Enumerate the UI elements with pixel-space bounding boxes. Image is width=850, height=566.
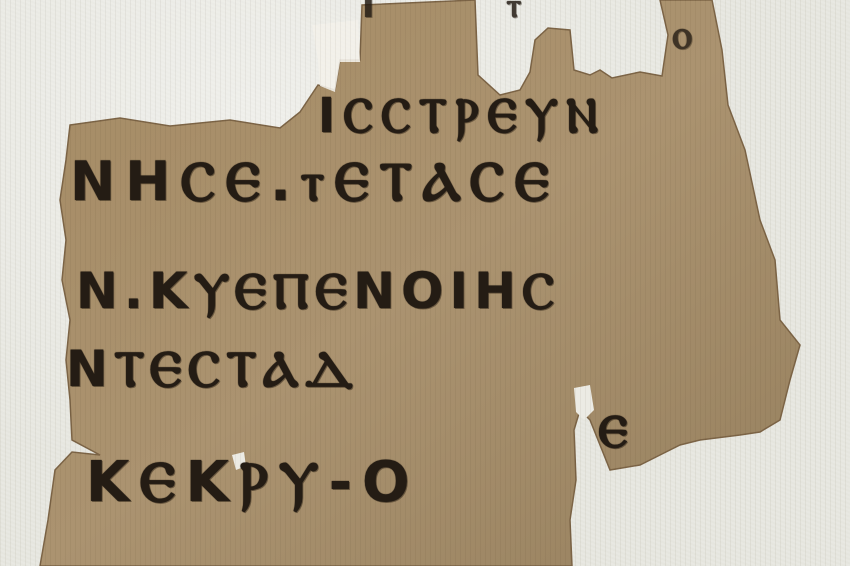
text-line-4b: Ⲉ	[598, 404, 634, 460]
text-line-5: ΚⲈΚⲢⲨ-Ο	[86, 450, 420, 516]
text-line-corner: ⲟ	[672, 12, 698, 58]
text-line-1: ΙⲤⲤⲦⲢⲈⲨⲚ	[318, 87, 606, 146]
text-line-3: Ν.ΚⲨⲈⲠⲈΝΟΙΗⲤ	[76, 262, 560, 321]
text-line-2: ΝΗⲤⲈ.ⲧⲈⲦⲀⲤⲈ	[70, 150, 559, 214]
text-line-top: Ι ⲧ	[362, 0, 581, 26]
text-line-4: ΝⲦⲈⲤⲦⲀⲆ	[66, 340, 359, 399]
